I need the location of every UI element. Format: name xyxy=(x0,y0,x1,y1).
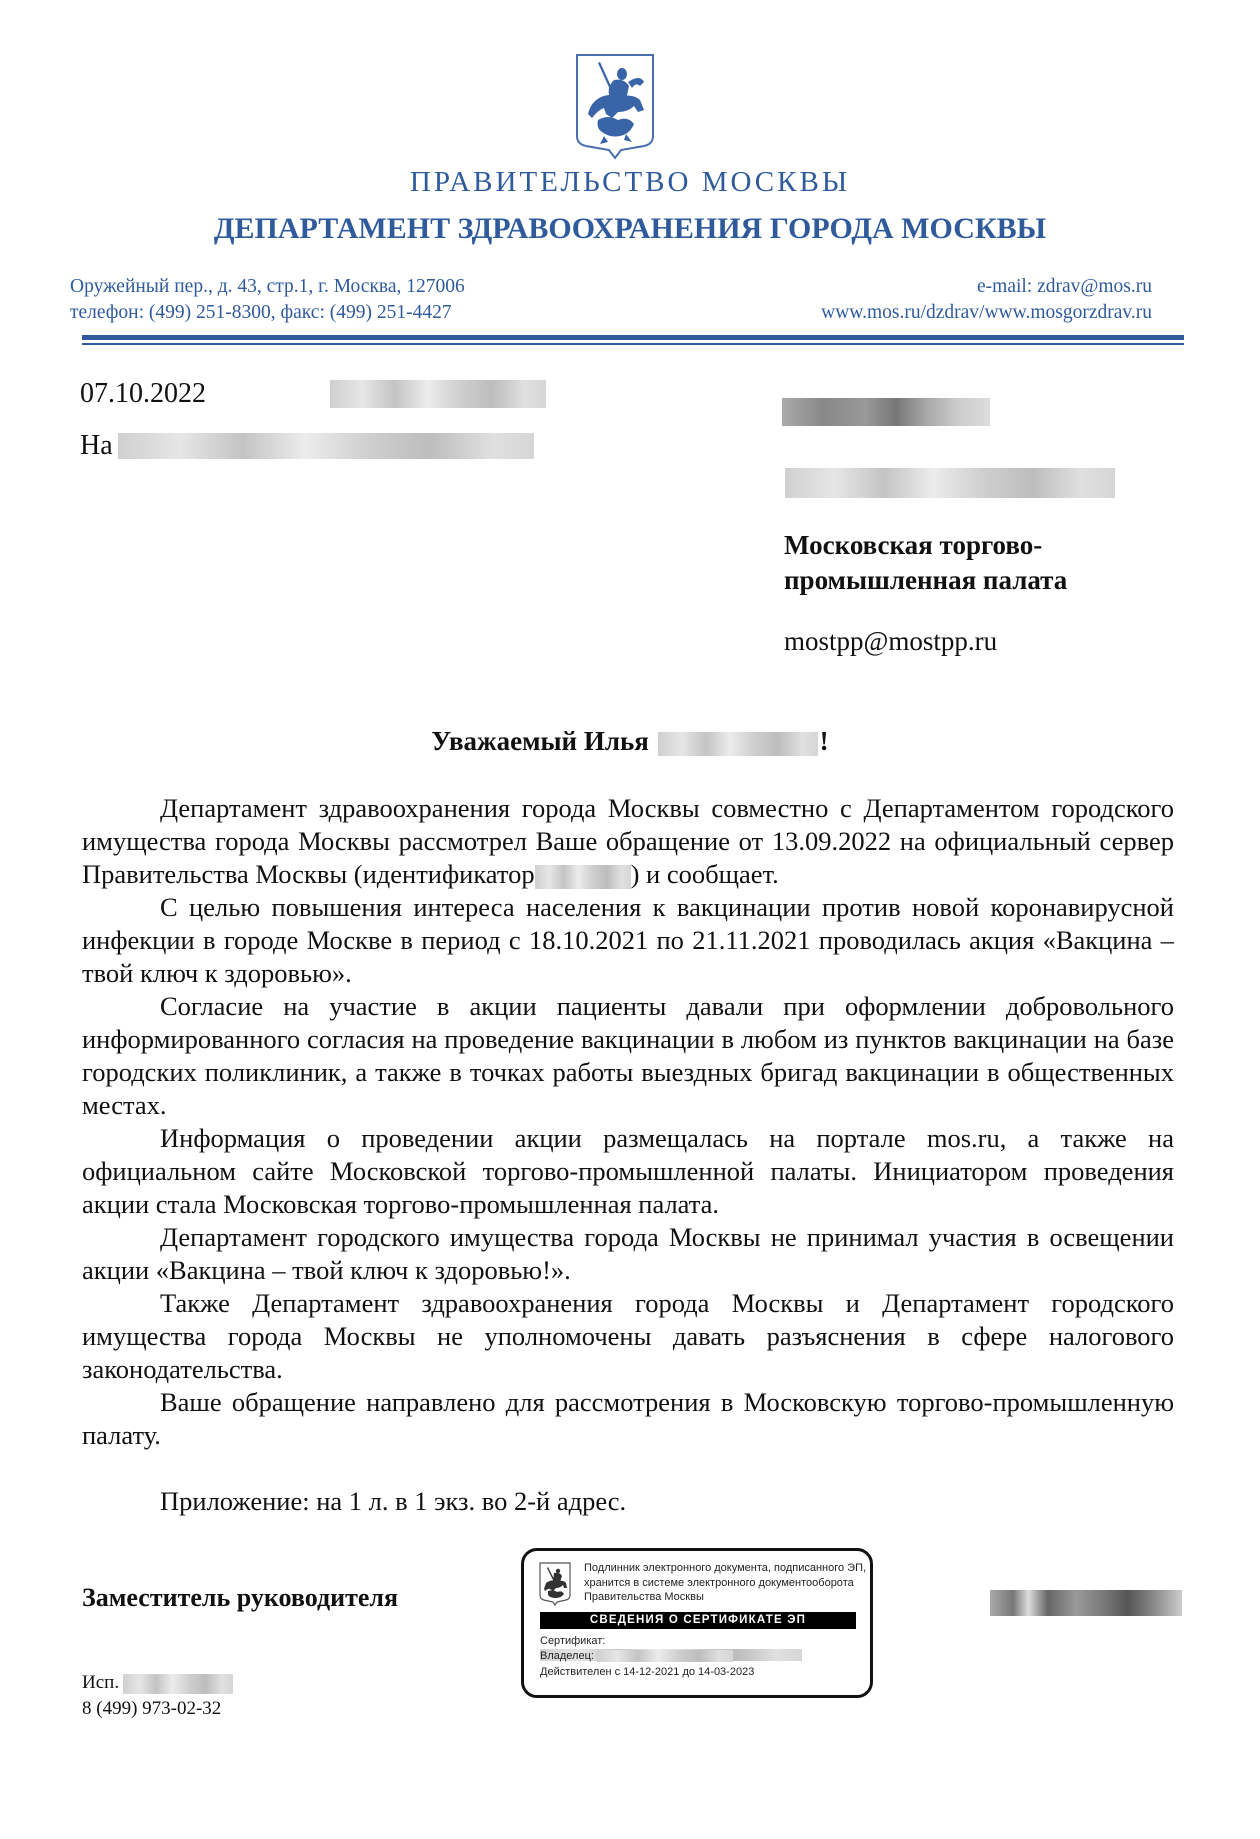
executor-phone: 8 (499) 973-02-32 xyxy=(82,1698,221,1720)
redacted-recipient-position xyxy=(782,398,990,426)
redacted-outgoing-number xyxy=(330,380,546,408)
executor-label: Исп. xyxy=(82,1672,119,1693)
address-line: Оружейный пер., д. 43, стр.1, г. Москва,… xyxy=(70,274,465,300)
email-line[interactable]: e-mail: zdrav@mos.ru xyxy=(821,274,1152,300)
contact-web-block: e-mail: zdrav@mos.ru www.mos.ru/dzdrav/w… xyxy=(821,274,1152,326)
moscow-coat-of-arms-icon xyxy=(574,52,656,160)
phone-fax-line: телефон: (499) 251-8300, факс: (499) 251… xyxy=(70,300,465,326)
paragraph-3: Согласие на участие в акции пациенты дав… xyxy=(82,990,1174,1122)
redacted-identifier xyxy=(535,865,631,889)
attachment-note: Приложение: на 1 л. в 1 экз. во 2-й адре… xyxy=(82,1485,1174,1518)
stamp-validity: Действителен с 14-12-2021 до 14-03-2023 xyxy=(540,1665,754,1679)
redacted-signer-name xyxy=(990,1590,1182,1616)
paragraph-1: Департамент здравоохранения города Москв… xyxy=(82,792,1174,891)
redacted-recipient-name xyxy=(785,468,1115,498)
stamp-description: Подлинник электронного документа, подпис… xyxy=(584,1561,866,1605)
header-divider-thin xyxy=(82,343,1184,345)
paragraph-6: Также Департамент здравоохранения города… xyxy=(82,1287,1174,1386)
paragraph-5: Департамент городского имущества города … xyxy=(82,1221,1174,1287)
recipient-email[interactable]: mostpp@mostpp.ru xyxy=(784,626,997,657)
salutation: Уважаемый Илья ! xyxy=(0,726,1260,757)
executor-line: Исп. xyxy=(82,1672,233,1694)
certificate-label: Сертификат: xyxy=(540,1635,605,1647)
recipient-line-2: промышленная палата xyxy=(784,563,1067,598)
letter-date: 07.10.2022 xyxy=(80,378,206,410)
redacted-surname xyxy=(658,732,818,756)
government-title: ПРАВИТЕЛЬСТВО МОСКВЫ xyxy=(0,166,1260,199)
paragraph-2: С целью повышения интереса населения к в… xyxy=(82,891,1174,990)
salutation-text: Уважаемый Илья xyxy=(431,726,649,756)
stamp-certificate-header: СВЕДЕНИЯ О СЕРТИФИКАТЕ ЭП xyxy=(540,1612,856,1629)
owner-label: Владелец: xyxy=(540,1650,594,1662)
redacted-executor-name xyxy=(123,1674,233,1694)
reference-prefix: На xyxy=(80,430,113,462)
header-divider-thick xyxy=(82,335,1184,340)
department-title: ДЕПАРТАМЕНТ ЗДРАВООХРАНЕНИЯ ГОРОДА МОСКВ… xyxy=(0,212,1260,246)
spacer xyxy=(82,1452,1174,1485)
stamp-line-1: Подлинник электронного документа, подпис… xyxy=(584,1561,866,1576)
paragraph-1-end: ) и сообщает. xyxy=(631,859,779,889)
recipient-organization: Московская торгово- промышленная палата xyxy=(784,528,1067,598)
moscow-coat-of-arms-icon xyxy=(538,1561,572,1607)
salutation-exclamation: ! xyxy=(820,726,829,756)
recipient-line-1: Московская торгово- xyxy=(784,528,1067,563)
redacted-reference-number xyxy=(118,433,534,459)
letter-body: Департамент здравоохранения города Москв… xyxy=(82,792,1174,1518)
stamp-line-3: Правительства Москвы xyxy=(584,1590,866,1605)
stamp-line-2: хранится в системе электронного документ… xyxy=(584,1576,866,1591)
website-line[interactable]: www.mos.ru/dzdrav/www.mosgorzdrav.ru xyxy=(821,300,1152,326)
contact-address-block: Оружейный пер., д. 43, стр.1, г. Москва,… xyxy=(70,274,465,326)
paragraph-4: Информация о проведении акции размещалас… xyxy=(82,1122,1174,1221)
stamp-owner-row: Владелец: xyxy=(540,1649,733,1663)
electronic-signature-stamp: Подлинник электронного документа, подпис… xyxy=(521,1548,873,1698)
paragraph-7: Ваше обращение направлено для рассмотрен… xyxy=(82,1386,1174,1452)
signer-title: Заместитель руководителя xyxy=(82,1583,398,1613)
redacted-owner-name xyxy=(597,1650,733,1662)
